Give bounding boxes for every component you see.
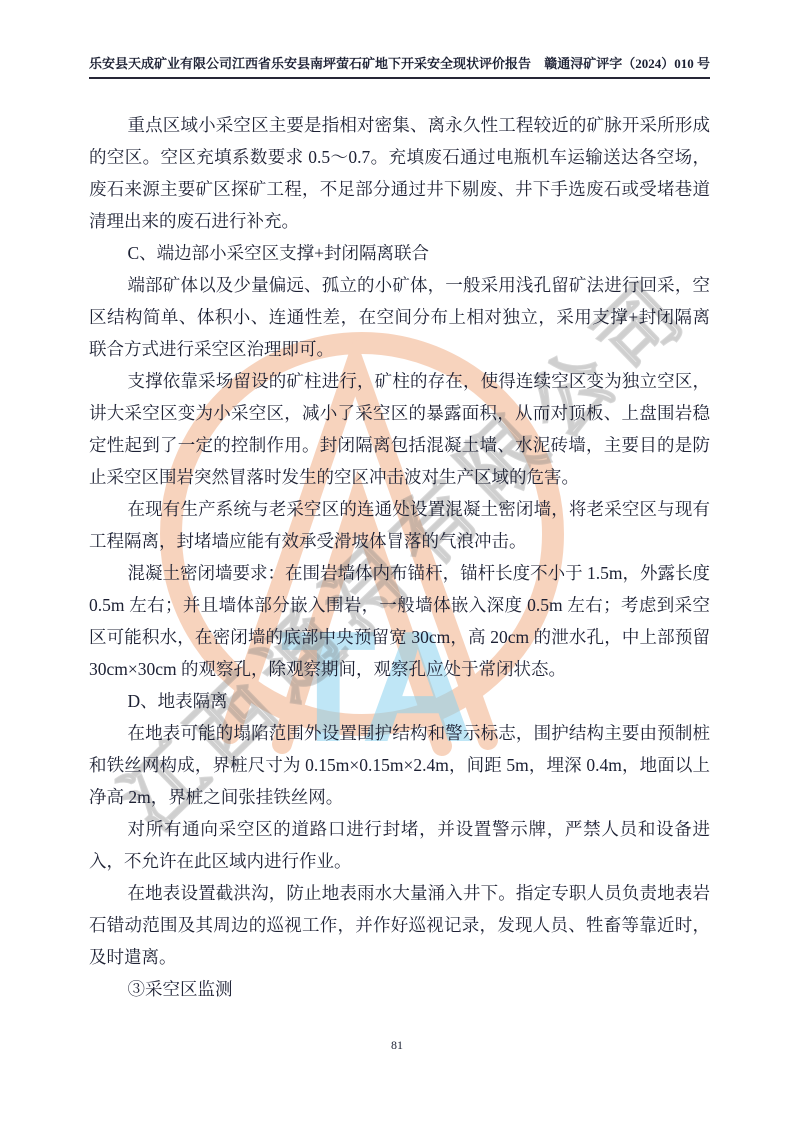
- paragraph: 端部矿体以及少量偏远、孤立的小矿体，一般采用浅孔留矿法进行回采，空区结构简单、体…: [89, 269, 710, 365]
- paragraph: C、端边部小采空区支撑+封闭隔离联合: [89, 237, 710, 269]
- header-doc-number: 赣通浔矿评字（2024）010 号: [544, 53, 710, 72]
- paragraph: 重点区域小采空区主要是指相对密集、离永久性工程较近的矿脉开采所形成的空区。空区充…: [89, 109, 710, 237]
- page-content: 乐安县天成矿业有限公司江西省乐安县南坪萤石矿地下开采安全现状评价报告 赣通浔矿评…: [0, 0, 794, 1122]
- header-report-title: 乐安县天成矿业有限公司江西省乐安县南坪萤石矿地下开采安全现状评价报告: [89, 53, 531, 72]
- header-divider: [89, 77, 710, 79]
- paragraph: 支撑依靠采场留设的矿柱进行，矿柱的存在，使得连续空区变为独立空区，讲大采空区变为…: [89, 365, 710, 493]
- paragraph: 混凝土密闭墙要求：在围岩墙体内布锚杆，锚杆长度不小于 1.5m，外露长度 0.5…: [89, 557, 710, 685]
- paragraph: 在现有生产系统与老采空区的连通处设置混凝土密闭墙，将老采空区与现有工程隔离，封堵…: [89, 493, 710, 557]
- paragraph: 在地表设置截洪沟，防止地表雨水大量涌入井下。指定专职人员负责地表岩石错动范围及其…: [89, 877, 710, 973]
- page-header: 乐安县天成矿业有限公司江西省乐安县南坪萤石矿地下开采安全现状评价报告 赣通浔矿评…: [89, 53, 710, 72]
- paragraph: D、地表隔离: [89, 685, 710, 717]
- document-page: TA 江西通浔有限公司 乐安县天成矿业有限公司江西省乐安县南坪萤石矿地下开采安全…: [0, 0, 794, 1122]
- page-number: 81: [391, 1038, 403, 1052]
- paragraph: 在地表可能的塌陷范围外设置围护结构和警示标志，围护结构主要由预制桩和铁丝网构成，…: [89, 717, 710, 813]
- document-body: 重点区域小采空区主要是指相对密集、离永久性工程较近的矿脉开采所形成的空区。空区充…: [89, 109, 710, 1005]
- paragraph: ③采空区监测: [89, 973, 710, 1005]
- page-footer: 81: [0, 1038, 794, 1053]
- paragraph: 对所有通向采空区的道路口进行封堵，并设置警示牌，严禁人员和设备进入，不允许在此区…: [89, 813, 710, 877]
